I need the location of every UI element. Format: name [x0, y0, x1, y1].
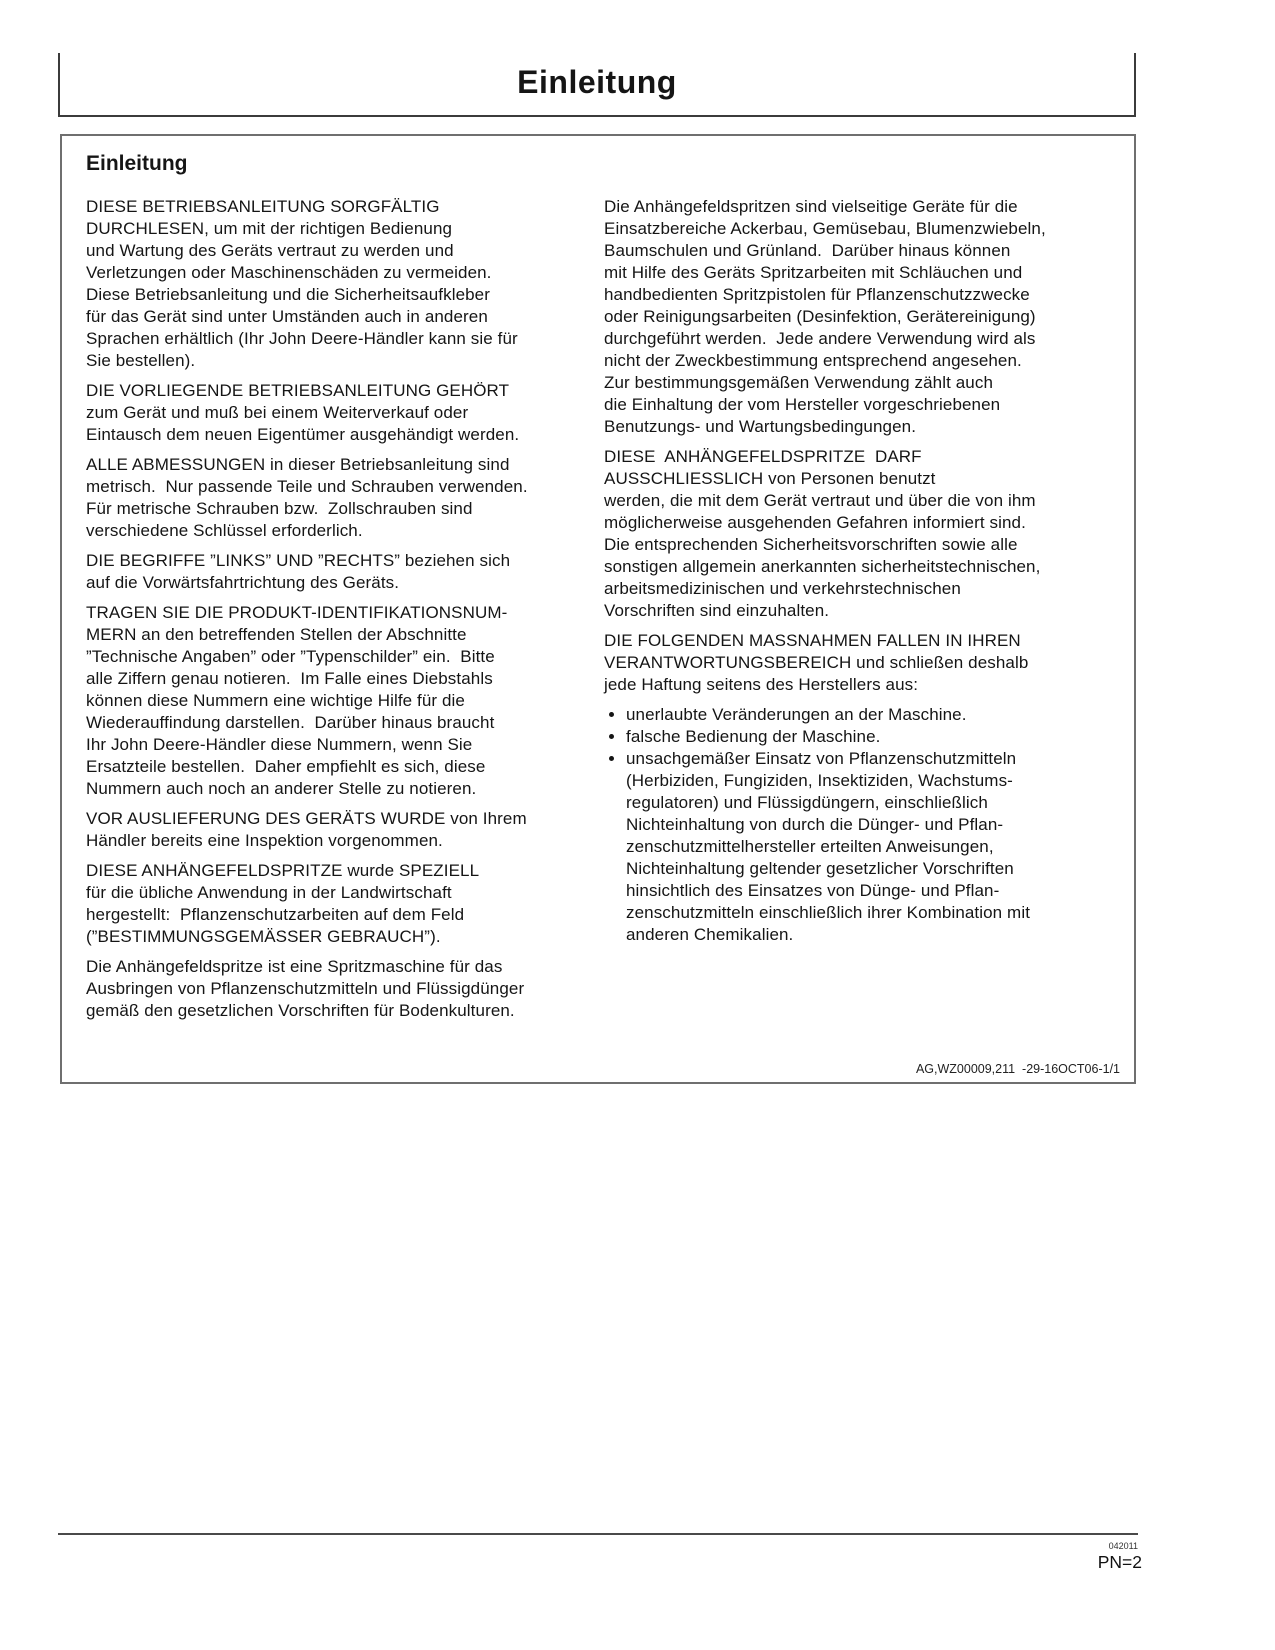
paragraph: DIE BEGRIFFE ”LINKS” UND ”RECHTS” bezieh…	[86, 550, 586, 594]
liability-list: unerlaubte Veränderungen an der Maschine…	[604, 704, 1114, 946]
section-header-band: Einleitung	[58, 53, 1136, 117]
paragraph: DIE VORLIEGENDE BETRIEBSANLEITUNG GEHÖRT…	[86, 380, 586, 446]
paragraph: DIE FOLGENDEN MASSNAHMEN FALLEN IN IHREN…	[604, 630, 1114, 696]
paragraph: DIESE BETRIEBSANLEITUNG SORGFÄLTIG DURCH…	[86, 196, 586, 372]
manual-page: Einleitung Einleitung DIESE BETRIEBSANLE…	[0, 0, 1275, 1650]
footer-divider	[58, 1533, 1138, 1535]
paragraph: TRAGEN SIE DIE PRODUKT-IDENTIFIKATIONSNU…	[86, 602, 586, 800]
page-title: Einleitung	[517, 64, 677, 101]
page-number: PN=2	[1098, 1552, 1142, 1573]
text-columns: DIESE BETRIEBSANLEITUNG SORGFÄLTIG DURCH…	[86, 196, 1118, 1030]
paragraph: VOR AUSLIEFERUNG DES GERÄTS WURDE von Ih…	[86, 808, 586, 852]
paragraph: Die Anhängefeldspritzen sind vielseitige…	[604, 196, 1114, 438]
paragraph: Die Anhängefeldspritze ist eine Spritzma…	[86, 956, 586, 1022]
document-code: AG,WZ00009,211 -29-16OCT06-1/1	[916, 1062, 1120, 1076]
paragraph: ALLE ABMESSUNGEN in dieser Betriebsanlei…	[86, 454, 586, 542]
right-column: Die Anhängefeldspritzen sind vielseitige…	[604, 196, 1114, 1030]
list-item: unerlaubte Veränderungen an der Maschine…	[626, 704, 1114, 726]
left-column: DIESE BETRIEBSANLEITUNG SORGFÄLTIG DURCH…	[86, 196, 586, 1030]
content-box: Einleitung DIESE BETRIEBSANLEITUNG SORGF…	[60, 134, 1136, 1084]
list-item: falsche Bedienung der Maschine.	[626, 726, 1114, 748]
paragraph: DIESE ANHÄNGEFELDSPRITZE DARF AUSSCHLIES…	[604, 446, 1114, 622]
paragraph: DIESE ANHÄNGEFELDSPRITZE wurde SPEZIELL …	[86, 860, 586, 948]
list-item: unsachgemäßer Einsatz von Pflanzenschutz…	[626, 748, 1114, 946]
print-code: 042011	[1109, 1541, 1138, 1551]
section-heading: Einleitung	[86, 152, 1118, 176]
